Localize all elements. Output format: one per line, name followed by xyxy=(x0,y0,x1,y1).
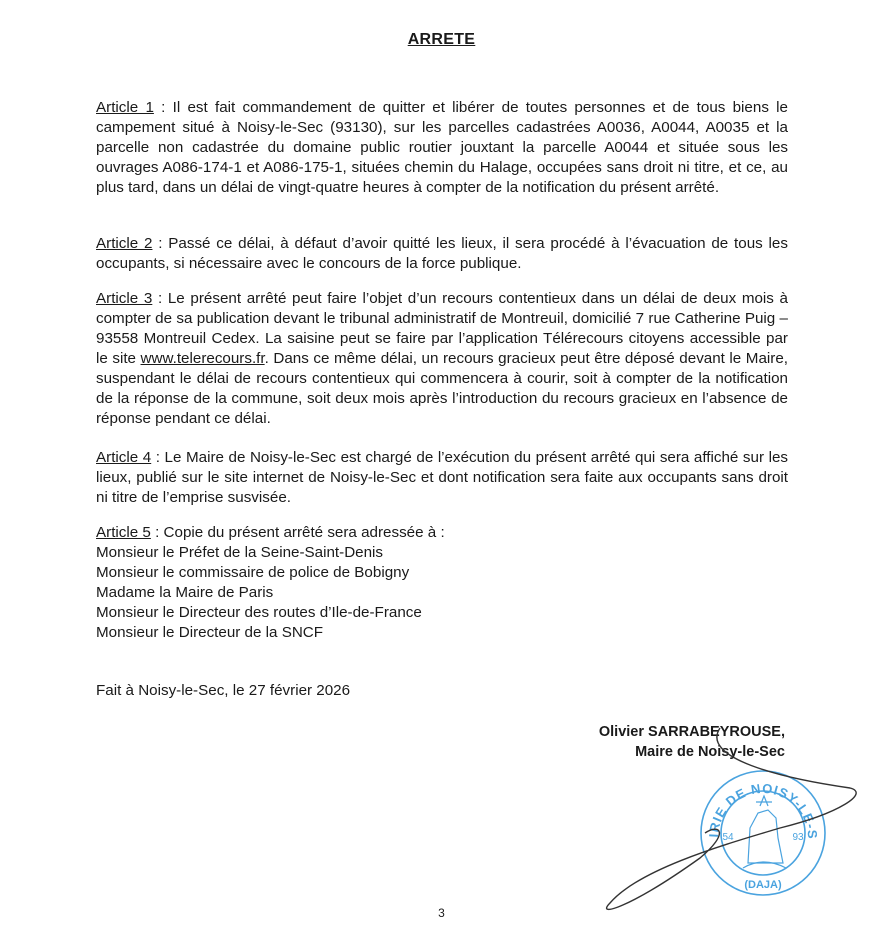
article-label: Article 1 xyxy=(96,99,154,116)
article-3: Article 3 : Le présent arrêté peut faire… xyxy=(96,289,788,429)
article-1: Article 1 : Il est fait commandement de … xyxy=(96,98,788,198)
place-date: Fait à Noisy-le-Sec, le 27 février 2026 xyxy=(96,681,350,701)
article-label: Article 2 xyxy=(96,235,152,252)
article-4: Article 4 : Le Maire de Noisy-le-Sec est… xyxy=(96,448,788,508)
page-number: 3 xyxy=(0,906,883,920)
article-label: Article 5 xyxy=(96,524,151,541)
article-label: Article 4 xyxy=(96,449,151,466)
article-text: Le Maire de Noisy-le-Sec est chargé de l… xyxy=(96,449,788,506)
article-label: Article 3 xyxy=(96,290,152,307)
recipient: Monsieur le Préfet de la Seine-Saint-Den… xyxy=(96,543,788,563)
recipient: Monsieur le Directeur des routes d’Ile-d… xyxy=(96,603,788,623)
telerecours-link[interactable]: www.telerecours.fr xyxy=(141,350,265,367)
article-text: Copie du présent arrêté sera adressée à … xyxy=(164,524,445,541)
article-text: Passé ce délai, à défaut d’avoir quitté … xyxy=(96,235,788,272)
recipient: Monsieur le Directeur de la SNCF xyxy=(96,623,788,643)
handwritten-signature-icon xyxy=(580,718,880,918)
article-2: Article 2 : Passé ce délai, à défaut d’a… xyxy=(96,234,788,274)
article-text: Il est fait commandement de quitter et l… xyxy=(96,99,788,196)
recipient: Madame la Maire de Paris xyxy=(96,583,788,603)
document-title: ARRETE xyxy=(0,31,883,49)
recipient: Monsieur le commissaire de police de Bob… xyxy=(96,563,788,583)
article-5: Article 5 : Copie du présent arrêté sera… xyxy=(96,523,788,643)
